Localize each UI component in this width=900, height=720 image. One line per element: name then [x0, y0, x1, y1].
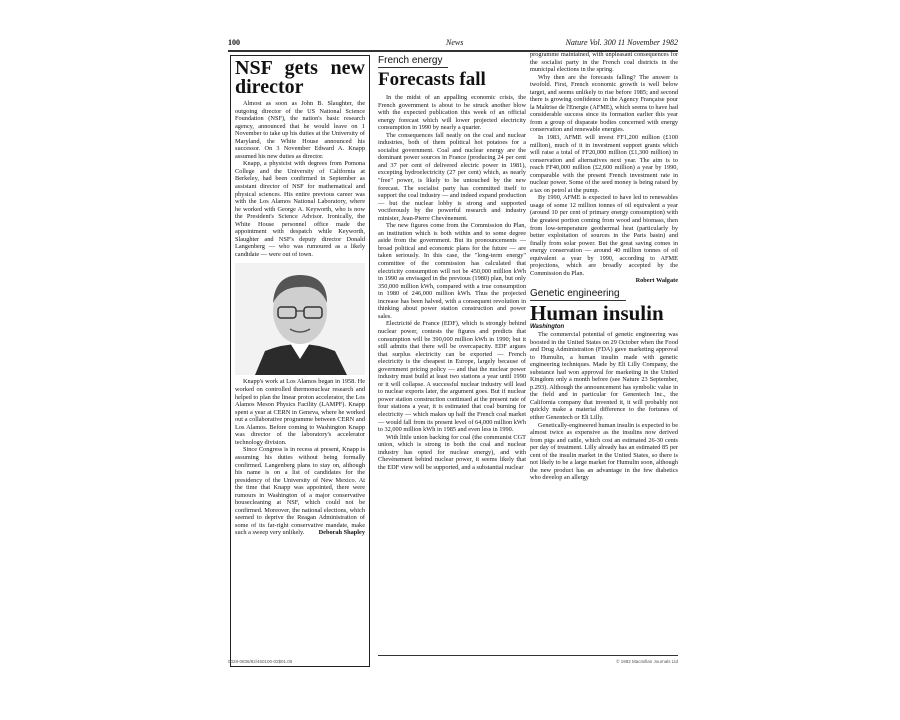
paragraph: With little union backing for coal (the … [378, 434, 526, 472]
byline-nsf: Deborah Shapley [311, 529, 365, 537]
page-number: 100 [228, 38, 240, 47]
paragraph: programme maintained, with unpleasant co… [530, 51, 678, 74]
headline-human-insulin: Human insulin [530, 303, 678, 323]
paragraph: Knapp's work at Los Alamos began in 1958… [235, 378, 365, 446]
paragraph: By 1990, AFME is expected to have led to… [530, 194, 678, 277]
journal-issue: Nature Vol. 300 11 November 1982 [566, 38, 678, 47]
paragraph: Electricité de France (EDF), which is st… [378, 320, 526, 433]
byline-french: Robert Walgate [530, 277, 678, 285]
newspaper-page: 100 News Nature Vol. 300 11 November 198… [228, 38, 678, 670]
issn-code: 0028-0836/82/450100-02$01.00 [228, 659, 292, 664]
paragraph: Since Congress is in recess at present, … [235, 446, 365, 537]
section-label: News [446, 38, 463, 47]
headline-nsf: NSF gets new director [235, 59, 365, 97]
kicker-french-energy: French energy [378, 55, 448, 68]
paragraph: The new figures come from the Commission… [378, 222, 526, 320]
copyright: © 1982 Macmillan Journals Ltd [616, 659, 678, 664]
paragraph: Why then are the forecasts falling? The … [530, 74, 678, 134]
paragraph: The commercial potential of genetic engi… [530, 331, 678, 422]
kicker-genetic-engineering: Genetic engineering [530, 288, 626, 301]
article-french-energy: French energy Forecasts fall In the mids… [378, 55, 526, 471]
paragraph: The consequences fall neatly on the coal… [378, 132, 526, 223]
paragraph: Genetically-engineered human insulin is … [530, 422, 678, 482]
footer-rule [378, 655, 678, 656]
article-nsf: NSF gets new director Almost as soon as … [230, 55, 370, 667]
portrait-photo [235, 263, 365, 375]
paragraph: In the midst of an appalling economic cr… [378, 94, 526, 132]
running-header: 100 News Nature Vol. 300 11 November 198… [228, 38, 678, 50]
paragraph: In 1983, AFME will invest FF1,200 millio… [530, 134, 678, 194]
column-three: programme maintained, with unpleasant co… [530, 51, 678, 482]
portrait-image-icon [235, 263, 365, 375]
paragraph: Knapp, a physicist with degrees from Pom… [235, 160, 365, 258]
headline-forecasts-fall: Forecasts fall [378, 70, 526, 90]
paragraph: Almost as soon as John B. Slaughter, the… [235, 100, 365, 160]
